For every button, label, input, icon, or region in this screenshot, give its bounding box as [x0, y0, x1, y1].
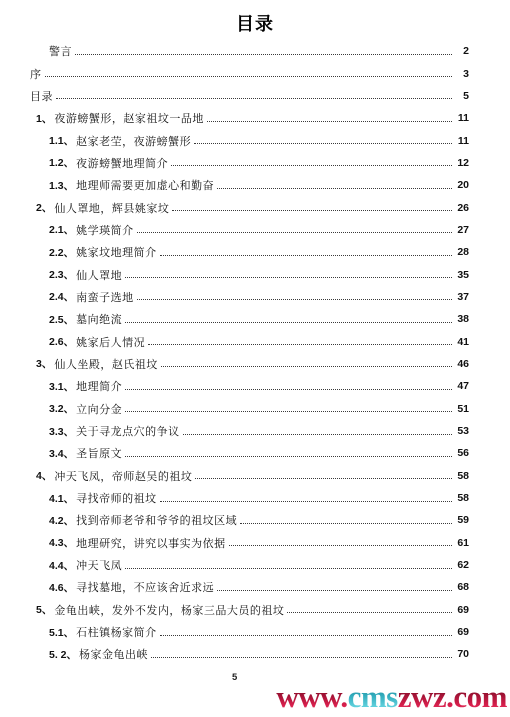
- toc-entry: 1.3、 地理师需要更加虚心和勤奋 20: [30, 174, 469, 196]
- toc-entry: 2.5、 墓向绝流 38: [30, 308, 469, 330]
- toc-entry-page: 68: [455, 581, 469, 593]
- toc-entry-label: 冲天飞凤，帝师赵吴的祖坟: [54, 468, 192, 484]
- toc-entry: 4.2、 找到帝师老爷和爷爷的祖坟区域 59: [30, 509, 469, 531]
- toc-entry: 2.3、 仙人罩地 35: [30, 263, 469, 285]
- toc-entry-label: 寻找帝师的祖坟: [76, 490, 157, 506]
- toc-dot-leader: [172, 210, 452, 211]
- toc-dot-leader: [160, 635, 452, 636]
- toc-entry: 目录 5: [30, 85, 469, 107]
- toc-entry-label: 仙人罩地: [76, 267, 122, 283]
- toc-entry: 4.3、 地理研究，讲究以事实为依据 61: [30, 532, 469, 554]
- toc-entry-page: 56: [455, 447, 469, 459]
- toc-dot-leader: [183, 434, 452, 435]
- toc-dot-leader: [195, 478, 452, 479]
- toc-entry: 3.3、 关于寻龙点穴的争议 53: [30, 420, 469, 442]
- toc-entry-page: 58: [455, 492, 469, 504]
- toc-entry-number: 2.5、: [49, 312, 74, 327]
- toc-entry-label: 地理师需要更加虚心和勤奋: [76, 177, 214, 193]
- watermark-text-cms: cms: [348, 679, 398, 714]
- toc-entry-page: 70: [455, 648, 469, 660]
- toc-entry-label: 找到帝师老爷和爷爷的祖坟区域: [76, 512, 237, 528]
- toc-entry-page: 26: [455, 202, 469, 214]
- toc-entry-label: 石柱镇杨家简介: [76, 624, 157, 640]
- toc-entry-label: 夜游螃蟹形，赵家祖坟一品地: [54, 110, 204, 126]
- toc-entry-label: 警言: [49, 43, 72, 59]
- toc-entry: 序 3: [30, 62, 469, 84]
- toc-entry-page: 62: [455, 559, 469, 571]
- toc-dot-leader: [137, 232, 452, 233]
- toc-entry-number: 4.6、: [49, 580, 74, 595]
- toc-entry: 3、 仙人坐殿，赵氏祖坟 46: [30, 353, 469, 375]
- toc-entry-number: 3.3、: [49, 424, 74, 439]
- toc-entry-number: 4.2、: [49, 513, 74, 528]
- toc-entry-label: 寻找墓地，不应该舍近求远: [76, 579, 214, 595]
- toc-entry: 2.4、 南蛮子选地 37: [30, 286, 469, 308]
- toc-entry-label: 姚家后人情况: [76, 334, 145, 350]
- toc-entry-page: 11: [455, 135, 469, 147]
- toc-dot-leader: [194, 143, 452, 144]
- toc-entry-number: 1.3、: [49, 178, 74, 193]
- toc-dot-leader: [75, 54, 452, 55]
- toc-entry: 3.2、 立向分金 51: [30, 398, 469, 420]
- toc-dot-leader: [160, 501, 452, 502]
- toc-entry-label: 序: [30, 66, 42, 82]
- toc-entry: 4.6、 寻找墓地，不应该舍近求远 68: [30, 576, 469, 598]
- toc-entry: 1.2、 夜游螃蟹地理简介 12: [30, 152, 469, 174]
- toc-entry-number: 4.1、: [49, 491, 74, 506]
- toc-entry-label: 夜游螃蟹地理简介: [76, 155, 168, 171]
- toc-dot-leader: [207, 121, 452, 122]
- toc-entry-page: 61: [455, 537, 469, 549]
- toc-entry-number: 1.2、: [49, 155, 74, 170]
- toc-entry-number: 4、: [36, 468, 52, 483]
- toc-entry-number: 5.1、: [49, 625, 74, 640]
- toc-entry-page: 28: [455, 246, 469, 258]
- toc-entry-number: 4.3、: [49, 535, 74, 550]
- toc-entry-page: 58: [455, 470, 469, 482]
- toc-entry-page: 53: [455, 425, 469, 437]
- toc-entry: 4、 冲天飞凤，帝师赵吴的祖坟 58: [30, 465, 469, 487]
- toc-entry: 3.4、 圣旨原文 56: [30, 442, 469, 464]
- toc-entry-label: 墓向绝流: [76, 311, 122, 327]
- toc-entry-number: 2.3、: [49, 267, 74, 282]
- toc-entry-page: 38: [455, 313, 469, 325]
- toc-entry-number: 3、: [36, 356, 52, 371]
- watermark-text-www: www.: [276, 679, 347, 714]
- toc-entry-number: 1.1、: [49, 133, 74, 148]
- toc-entry: 5.1、 石柱镇杨家简介 69: [30, 621, 469, 643]
- toc-entry-page: 27: [455, 224, 469, 236]
- document-page: 目录 警言 2 序 3 目录 5 1、 夜游螃蟹形，赵家祖坟一品地 11 1.1…: [0, 0, 510, 717]
- page-title: 目录: [0, 10, 510, 36]
- toc-entry-page: 69: [455, 604, 469, 616]
- toc-entry: 2、 仙人罩地，辉县姚家坟 26: [30, 196, 469, 218]
- toc-dot-leader: [45, 76, 453, 77]
- toc-dot-leader: [148, 344, 452, 345]
- toc-entry-page: 11: [455, 112, 469, 124]
- toc-dot-leader: [125, 322, 452, 323]
- toc-entry-label: 南蛮子选地: [76, 289, 134, 305]
- footer-page-number: 5: [232, 672, 237, 683]
- toc-dot-leader: [229, 545, 452, 546]
- toc-entry-number: 2.4、: [49, 289, 74, 304]
- toc-entry-page: 12: [455, 157, 469, 169]
- toc-entry: 3.1、 地理简介 47: [30, 375, 469, 397]
- toc-entry-page: 5: [455, 90, 469, 102]
- toc-entry: 4.1、 寻找帝师的祖坟 58: [30, 487, 469, 509]
- toc-dot-leader: [125, 411, 452, 412]
- toc-entry: 2.1、 姚学瑛简介 27: [30, 219, 469, 241]
- toc-entry: 4.4、 冲天飞凤 62: [30, 554, 469, 576]
- toc-entry-page: 20: [455, 179, 469, 191]
- toc-entry: 警言 2: [30, 40, 469, 62]
- toc-entry-number: 2.6、: [49, 334, 74, 349]
- toc-entry-number: 2.1、: [49, 222, 74, 237]
- toc-entry-page: 46: [455, 358, 469, 370]
- toc-dot-leader: [217, 188, 452, 189]
- toc-dot-leader: [161, 366, 452, 367]
- toc-dot-leader: [287, 612, 452, 613]
- toc-entry-page: 3: [455, 68, 469, 80]
- toc-entry-label: 关于寻龙点穴的争议: [76, 423, 180, 439]
- toc-entry-page: 51: [455, 403, 469, 415]
- toc-entry-label: 地理简介: [76, 378, 122, 394]
- toc-entry-label: 仙人罩地，辉县姚家坟: [54, 200, 169, 216]
- toc-dot-leader: [125, 456, 452, 457]
- toc-entry: 5、 金龟出峡，发外不发内，杨家三品大员的祖坟 69: [30, 599, 469, 621]
- toc-dot-leader: [125, 277, 452, 278]
- toc-dot-leader: [171, 165, 452, 166]
- toc-dot-leader: [160, 255, 452, 256]
- watermark-text-zwz-com: zwz.com: [398, 679, 507, 714]
- toc-entry-page: 2: [455, 45, 469, 57]
- toc-entry-label: 姚学瑛简介: [76, 222, 134, 238]
- toc-entry-number: 3.2、: [49, 401, 74, 416]
- toc-entry: 2.6、 姚家后人情况 41: [30, 330, 469, 352]
- toc-entry-label: 杨家金龟出峡: [79, 646, 148, 662]
- toc-entry-number: 2、: [36, 200, 52, 215]
- toc-entry: 1.1、 赵家老茔，夜游螃蟹形 11: [30, 129, 469, 151]
- toc-entry-label: 仙人坐殿，赵氏祖坟: [54, 356, 158, 372]
- toc-dot-leader: [137, 299, 452, 300]
- watermark: www.cmszwz.com: [276, 681, 507, 712]
- toc-dot-leader: [151, 657, 452, 658]
- toc-entry-page: 59: [455, 514, 469, 526]
- toc-entry-label: 金龟出峡，发外不发内，杨家三品大员的祖坟: [54, 602, 284, 618]
- toc-entry-page: 69: [455, 626, 469, 638]
- toc-entry-page: 37: [455, 291, 469, 303]
- toc-entry-number: 3.4、: [49, 446, 74, 461]
- toc-dot-leader: [125, 568, 452, 569]
- toc-entry-page: 41: [455, 336, 469, 348]
- toc-dot-leader: [240, 523, 452, 524]
- toc-entry-label: 赵家老茔，夜游螃蟹形: [76, 133, 191, 149]
- toc-entry: 5. 2、 杨家金龟出峡 70: [30, 643, 469, 665]
- toc-entry-number: 2.2、: [49, 245, 74, 260]
- toc-list: 警言 2 序 3 目录 5 1、 夜游螃蟹形，赵家祖坟一品地 11 1.1、 赵…: [30, 40, 469, 666]
- toc-entry-label: 圣旨原文: [76, 445, 122, 461]
- toc-dot-leader: [56, 98, 452, 99]
- toc-entry-label: 地理研究，讲究以事实为依据: [76, 535, 226, 551]
- toc-entry: 1、 夜游螃蟹形，赵家祖坟一品地 11: [30, 107, 469, 129]
- toc-entry-page: 47: [455, 380, 469, 392]
- toc-entry-label: 目录: [30, 88, 53, 104]
- toc-entry-label: 姚家坟地理简介: [76, 244, 157, 260]
- toc-entry-number: 1、: [36, 111, 52, 126]
- toc-dot-leader: [217, 590, 452, 591]
- toc-entry-number: 3.1、: [49, 379, 74, 394]
- toc-entry-number: 5、: [36, 602, 52, 617]
- toc-entry: 2.2、 姚家坟地理简介 28: [30, 241, 469, 263]
- toc-entry-label: 冲天飞凤: [76, 557, 122, 573]
- toc-dot-leader: [125, 389, 452, 390]
- toc-entry-number: 5. 2、: [49, 647, 77, 662]
- toc-entry-number: 4.4、: [49, 558, 74, 573]
- toc-entry-label: 立向分金: [76, 401, 122, 417]
- toc-entry-page: 35: [455, 269, 469, 281]
